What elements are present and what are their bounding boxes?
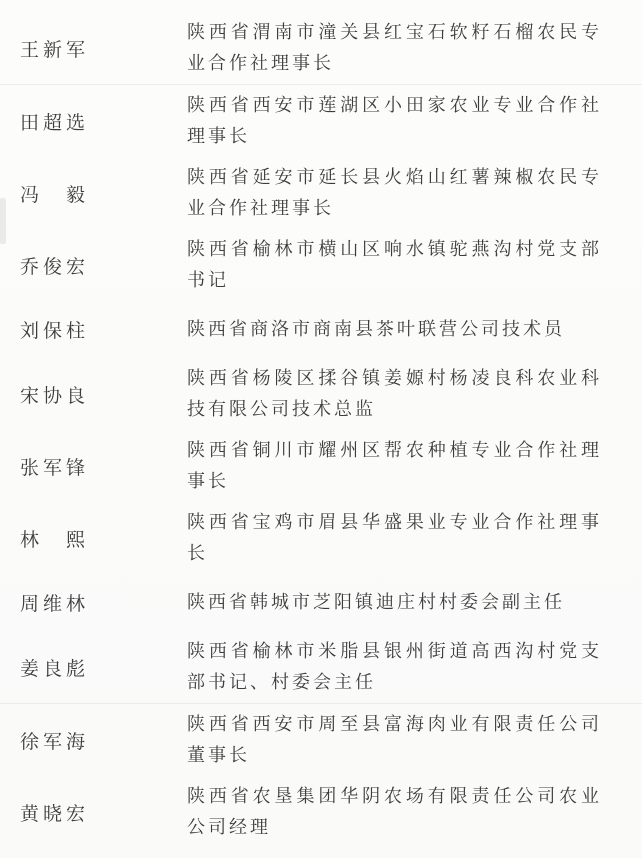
- person-title: 陕西省渭南市潼关县红宝石软籽石榴农民专业合作社理事长: [187, 17, 642, 79]
- person-title: 陕西省杨陵区揉谷镇姜嫄村杨凌良科农业科技有限公司技术总监: [187, 363, 642, 425]
- person-name: 王新军: [0, 35, 187, 62]
- person-title: 陕西省西安市莲湖区小田家农业专业合作社理事长: [187, 90, 642, 152]
- person-title: 陕西省宝鸡市眉县华盛果业专业合作社理事长: [187, 507, 642, 569]
- person-title: 陕西省榆林市米脂县银州街道高西沟村党支部书记、村委会主任: [187, 636, 642, 698]
- person-name: 冯 毅: [0, 180, 187, 207]
- person-title: 陕西省榆林市横山区响水镇驼燕沟村党支部书记: [187, 234, 642, 296]
- person-title: 陕西省农垦集团华阴农场有限责任公司农业公司经理: [187, 781, 642, 843]
- document-page: 王新军 陕西省渭南市潼关县红宝石软籽石榴农民专业合作社理事长 田超选 陕西省西安…: [0, 0, 642, 858]
- list-item: 王新军 陕西省渭南市潼关县红宝石软籽石榴农民专业合作社理事长: [0, 12, 642, 85]
- person-title: 陕西省韩城市芝阳镇迪庄村村委会副主任: [187, 587, 642, 618]
- person-name: 姜良彪: [0, 654, 187, 681]
- list-item: 宋协良 陕西省杨陵区揉谷镇姜嫄村杨凌良科农业科技有限公司技术总监: [0, 358, 642, 430]
- person-name: 张军锋: [0, 453, 187, 480]
- list-item: 乔俊宏 陕西省榆林市横山区响水镇驼燕沟村党支部书记: [0, 229, 642, 301]
- person-title: 陕西省商洛市商南县茶叶联营公司技术员: [187, 314, 642, 345]
- list-item: 姜良彪 陕西省榆林市米脂县银州街道高西沟村党支部书记、村委会主任: [0, 631, 642, 704]
- list-item: 徐军海 陕西省西安市周至县富海肉业有限责任公司董事长: [0, 704, 642, 776]
- list-item: 冯 毅 陕西省延安市延长县火焰山红薯辣椒农民专业合作社理事长: [0, 157, 642, 229]
- person-name: 周维林: [0, 589, 187, 616]
- list-item: 林 熙 陕西省宝鸡市眉县华盛果业专业合作社理事长: [0, 502, 642, 574]
- person-title: 陕西省铜川市耀州区帮农种植专业合作社理事长: [187, 435, 642, 497]
- person-name: 徐军海: [0, 727, 187, 754]
- person-name: 林 熙: [0, 525, 187, 552]
- person-title: 陕西省延安市延长县火焰山红薯辣椒农民专业合作社理事长: [187, 162, 642, 224]
- list-item: 黄晓宏 陕西省农垦集团华阴农场有限责任公司农业公司经理: [0, 776, 642, 848]
- list-item: 周维林 陕西省韩城市芝阳镇迪庄村村委会副主任: [0, 574, 642, 631]
- list-item: 张军锋 陕西省铜川市耀州区帮农种植专业合作社理事长: [0, 430, 642, 502]
- person-name: 宋协良: [0, 381, 187, 408]
- person-name: 黄晓宏: [0, 799, 187, 826]
- person-name: 刘保柱: [0, 316, 187, 343]
- person-name: 乔俊宏: [0, 252, 187, 279]
- person-name: 田超选: [0, 108, 187, 135]
- list-item: 刘保柱 陕西省商洛市商南县茶叶联营公司技术员: [0, 301, 642, 358]
- scan-artifact: [0, 198, 6, 244]
- list-item: 田超选 陕西省西安市莲湖区小田家农业专业合作社理事长: [0, 85, 642, 157]
- person-title: 陕西省西安市周至县富海肉业有限责任公司董事长: [187, 709, 642, 771]
